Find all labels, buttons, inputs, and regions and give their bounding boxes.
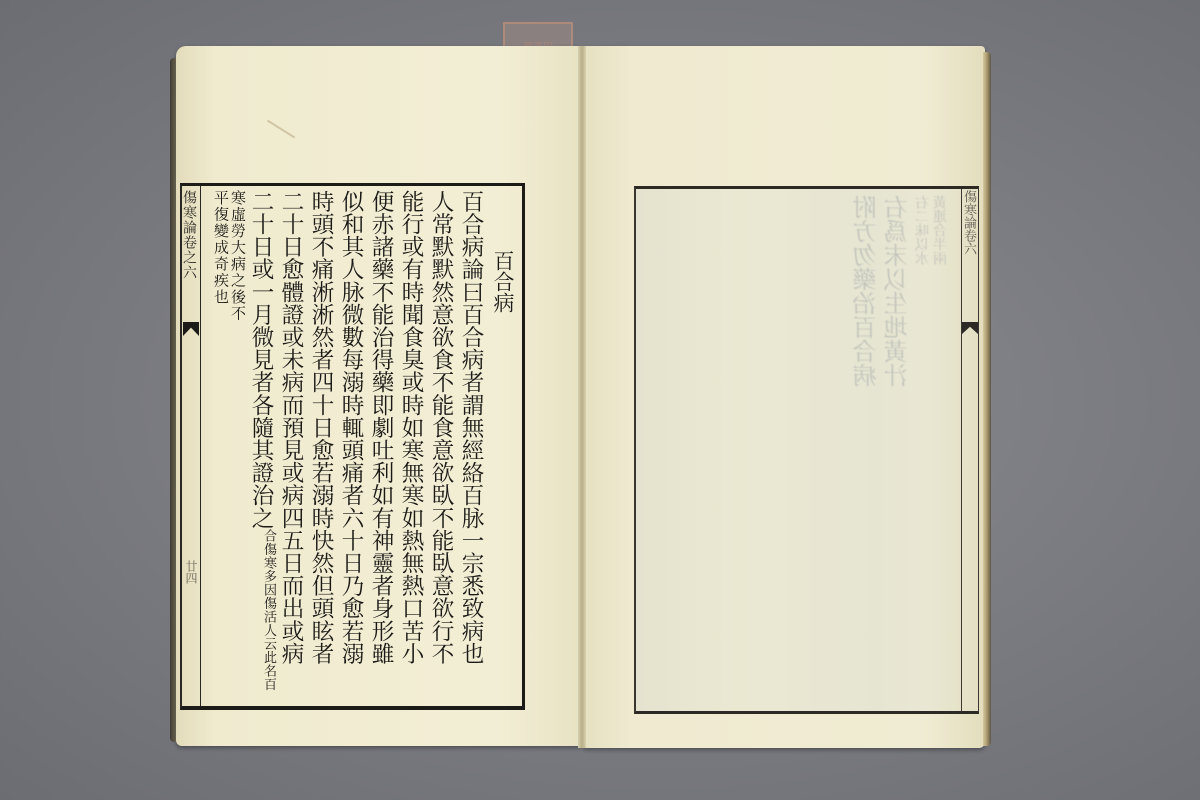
- book-right-edge: [983, 52, 991, 746]
- text-column: 便赤諸藥不能治得藥即劇吐利如有神靈者身形雖: [366, 190, 396, 705]
- text-column: 百合病論曰百合病者謂無經絡百脉一宗悉致病也: [456, 190, 486, 705]
- text-column: 人常默默然意欲食不能食意欲臥不能臥意欲行不: [426, 190, 456, 705]
- text-column: 能行或有時聞食臭或時如寒無寒如熱無熱口苦小: [396, 190, 426, 705]
- text-column: 時頭不痛淅淅然者四十日愈若溺時快然但頭眩者: [306, 190, 336, 705]
- right-margin-rule: [961, 189, 962, 711]
- double-line-note-left: 平復變成奇疾也: [212, 190, 229, 705]
- double-line-note-pair: 寒虛勞大病之後不 平復變成奇疾也: [212, 190, 246, 705]
- section-heading: 百合病: [486, 190, 520, 705]
- commentary-note-right: 活人云此名百: [261, 610, 276, 691]
- left-margin-title: 傷寒論卷之六: [183, 190, 199, 280]
- commentary-note: 活人云此名百合傷寒多因傷: [261, 529, 276, 691]
- ghost-column: 黃連合半兩: [932, 195, 950, 705]
- left-leaf-number: 廿四: [180, 560, 200, 584]
- ghost-column: 附方勿藥治百合病: [852, 195, 883, 705]
- commentary-note-left: 合傷寒多因傷: [261, 529, 276, 610]
- left-margin-rule: [200, 186, 201, 706]
- double-line-note-right: 寒虛勞大病之後不: [229, 190, 246, 705]
- text-column: 似和其人脉微數每溺時輒頭痛者六十日乃愈若溺: [336, 190, 366, 705]
- text-column-with-note: 二十日或一月微見者各隨其證治之活人云此名百合傷寒多因傷: [246, 190, 276, 705]
- left-page-text: 百合病 百合病論曰百合病者謂無經絡百脉一宗悉致病也 人常默默然意欲食不能食意欲臥…: [204, 190, 520, 705]
- show-through-text: 黃連合半兩 右二味以水 右爲末以生地黃汁 附方勿藥治百合病: [650, 195, 950, 705]
- right-margin-title: 傷寒論卷六: [962, 190, 978, 255]
- ghost-column: 右二味以水: [914, 195, 932, 705]
- book-gutter: [578, 46, 586, 748]
- text-column: 二十日愈體證或未病而預見或病四五日而出或病: [276, 190, 306, 705]
- text-column-main: 二十日或一月微見者各隨其證治之: [248, 190, 274, 529]
- open-book: 藏書印 傷寒論卷之六 廿四 百合病 百合病論曰百合病者謂無經絡百脉一宗悉致病也 …: [0, 0, 1200, 800]
- ghost-column: 右爲末以生地黃汁: [883, 195, 914, 705]
- double-line-note: 寒虛勞大病之後不 平復變成奇疾也: [212, 190, 246, 705]
